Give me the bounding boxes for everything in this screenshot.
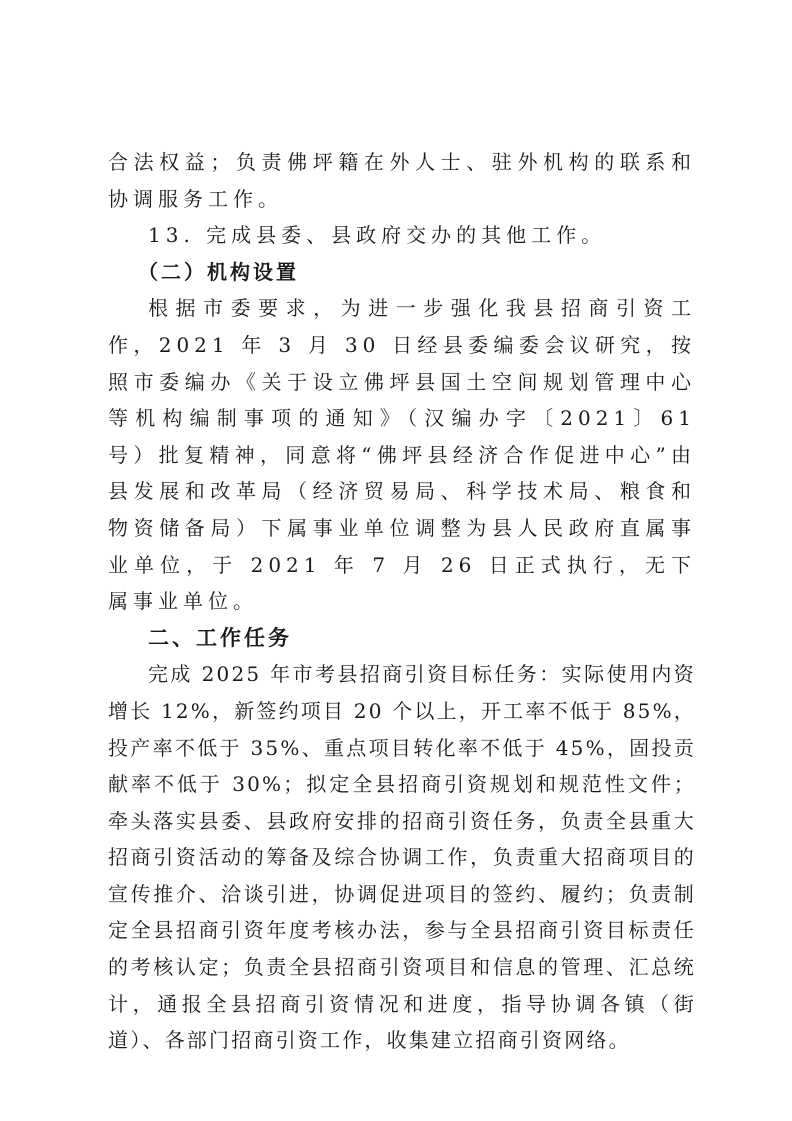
paragraph-continuation: 合法权益；负责佛坪籍在外人士、驻外机构的联系和协调服务工作。 xyxy=(108,144,696,217)
heading-work-tasks: 二、工作任务 xyxy=(108,620,696,657)
document-body: 合法权益；负责佛坪籍在外人士、驻外机构的联系和协调服务工作。 13. 完成县委、… xyxy=(108,144,696,1059)
subheading-organization: （二）机构设置 xyxy=(108,254,696,291)
paragraph-work-tasks: 完成 2025 年市考县招商引资目标任务：实际使用内资增长 12%，新签约项目 … xyxy=(108,656,696,1059)
document-page: 合法权益；负责佛坪籍在外人士、驻外机构的联系和协调服务工作。 13. 完成县委、… xyxy=(0,0,792,1121)
list-item-13: 13. 完成县委、县政府交办的其他工作。 xyxy=(108,217,696,254)
paragraph-organization: 根据市委要求，为进一步强化我县招商引资工作，2021 年 3 月 30 日经县委… xyxy=(108,290,696,619)
